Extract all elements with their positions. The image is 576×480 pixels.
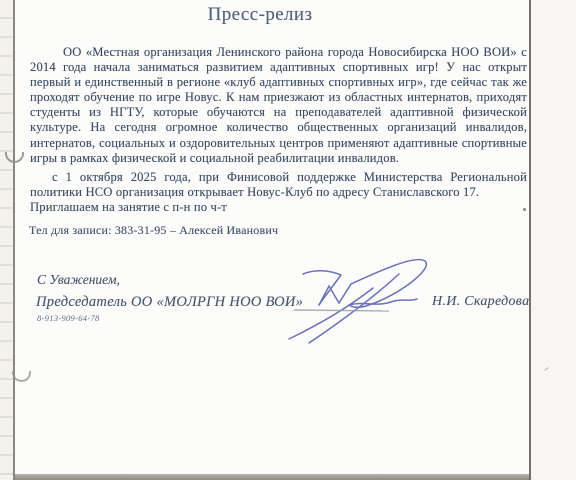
- text-line: проходят обучение по игре Новус. К нам п…: [30, 90, 527, 105]
- handwritten-signature: [265, 244, 440, 356]
- signature-line: [294, 310, 389, 311]
- scan-right-margin: [531, 0, 576, 480]
- paragraph-intro: ОО «Местная организация Ленинского район…: [30, 45, 527, 166]
- text-line: культуре. На сегодня огромное количество…: [30, 120, 527, 135]
- text-line: с 1 октября 2025 года, при Финисовой под…: [30, 170, 527, 185]
- closing-salutation: С Уважением,: [37, 272, 120, 288]
- document-title: Пресс-релиз: [3, 4, 517, 26]
- ink-speck: [523, 208, 526, 211]
- text-line: 2014 года начала заниматься развитием ад…: [30, 60, 527, 75]
- text-line: студенты из НГТУ, которые обучаются на п…: [30, 105, 527, 120]
- signature-stroke: [319, 284, 351, 305]
- contact-phone-line: Тел для записи: 383-31-95 – Алексей Иван…: [29, 223, 278, 238]
- page-left-edge-line: [13, 0, 15, 480]
- signer-title: Председатель ОО «МОЛРГН НОО ВОИ»: [36, 294, 303, 311]
- text-line: первый и единственный в регионе «клуб ад…: [30, 75, 527, 90]
- signature-stroke: [289, 288, 373, 339]
- paragraph-announcement: с 1 октября 2025 года, при Финисовой под…: [30, 170, 527, 215]
- text-line: ОО «Местная организация Ленинского район…: [30, 45, 527, 60]
- scanned-press-release-page: Пресс-релиз ОО «Местная организация Лени…: [0, 0, 576, 480]
- text-line: интернатов, социальных и оздоровительных…: [30, 136, 527, 151]
- scan-bottom-shadow: [15, 474, 529, 480]
- text-line: Приглашаем на занятие с п-н по ч-т: [30, 200, 527, 215]
- scan-left-margin: [0, 0, 13, 480]
- text-line: игры в рамках физической и социальной ре…: [30, 151, 527, 166]
- signature-stroke: [309, 274, 399, 343]
- signer-name: Н.И. Скаредова: [432, 294, 529, 310]
- signer-phone: 8-913-909-64-78: [37, 313, 100, 323]
- text-line: политики НСО организация открывает Новус…: [30, 185, 527, 200]
